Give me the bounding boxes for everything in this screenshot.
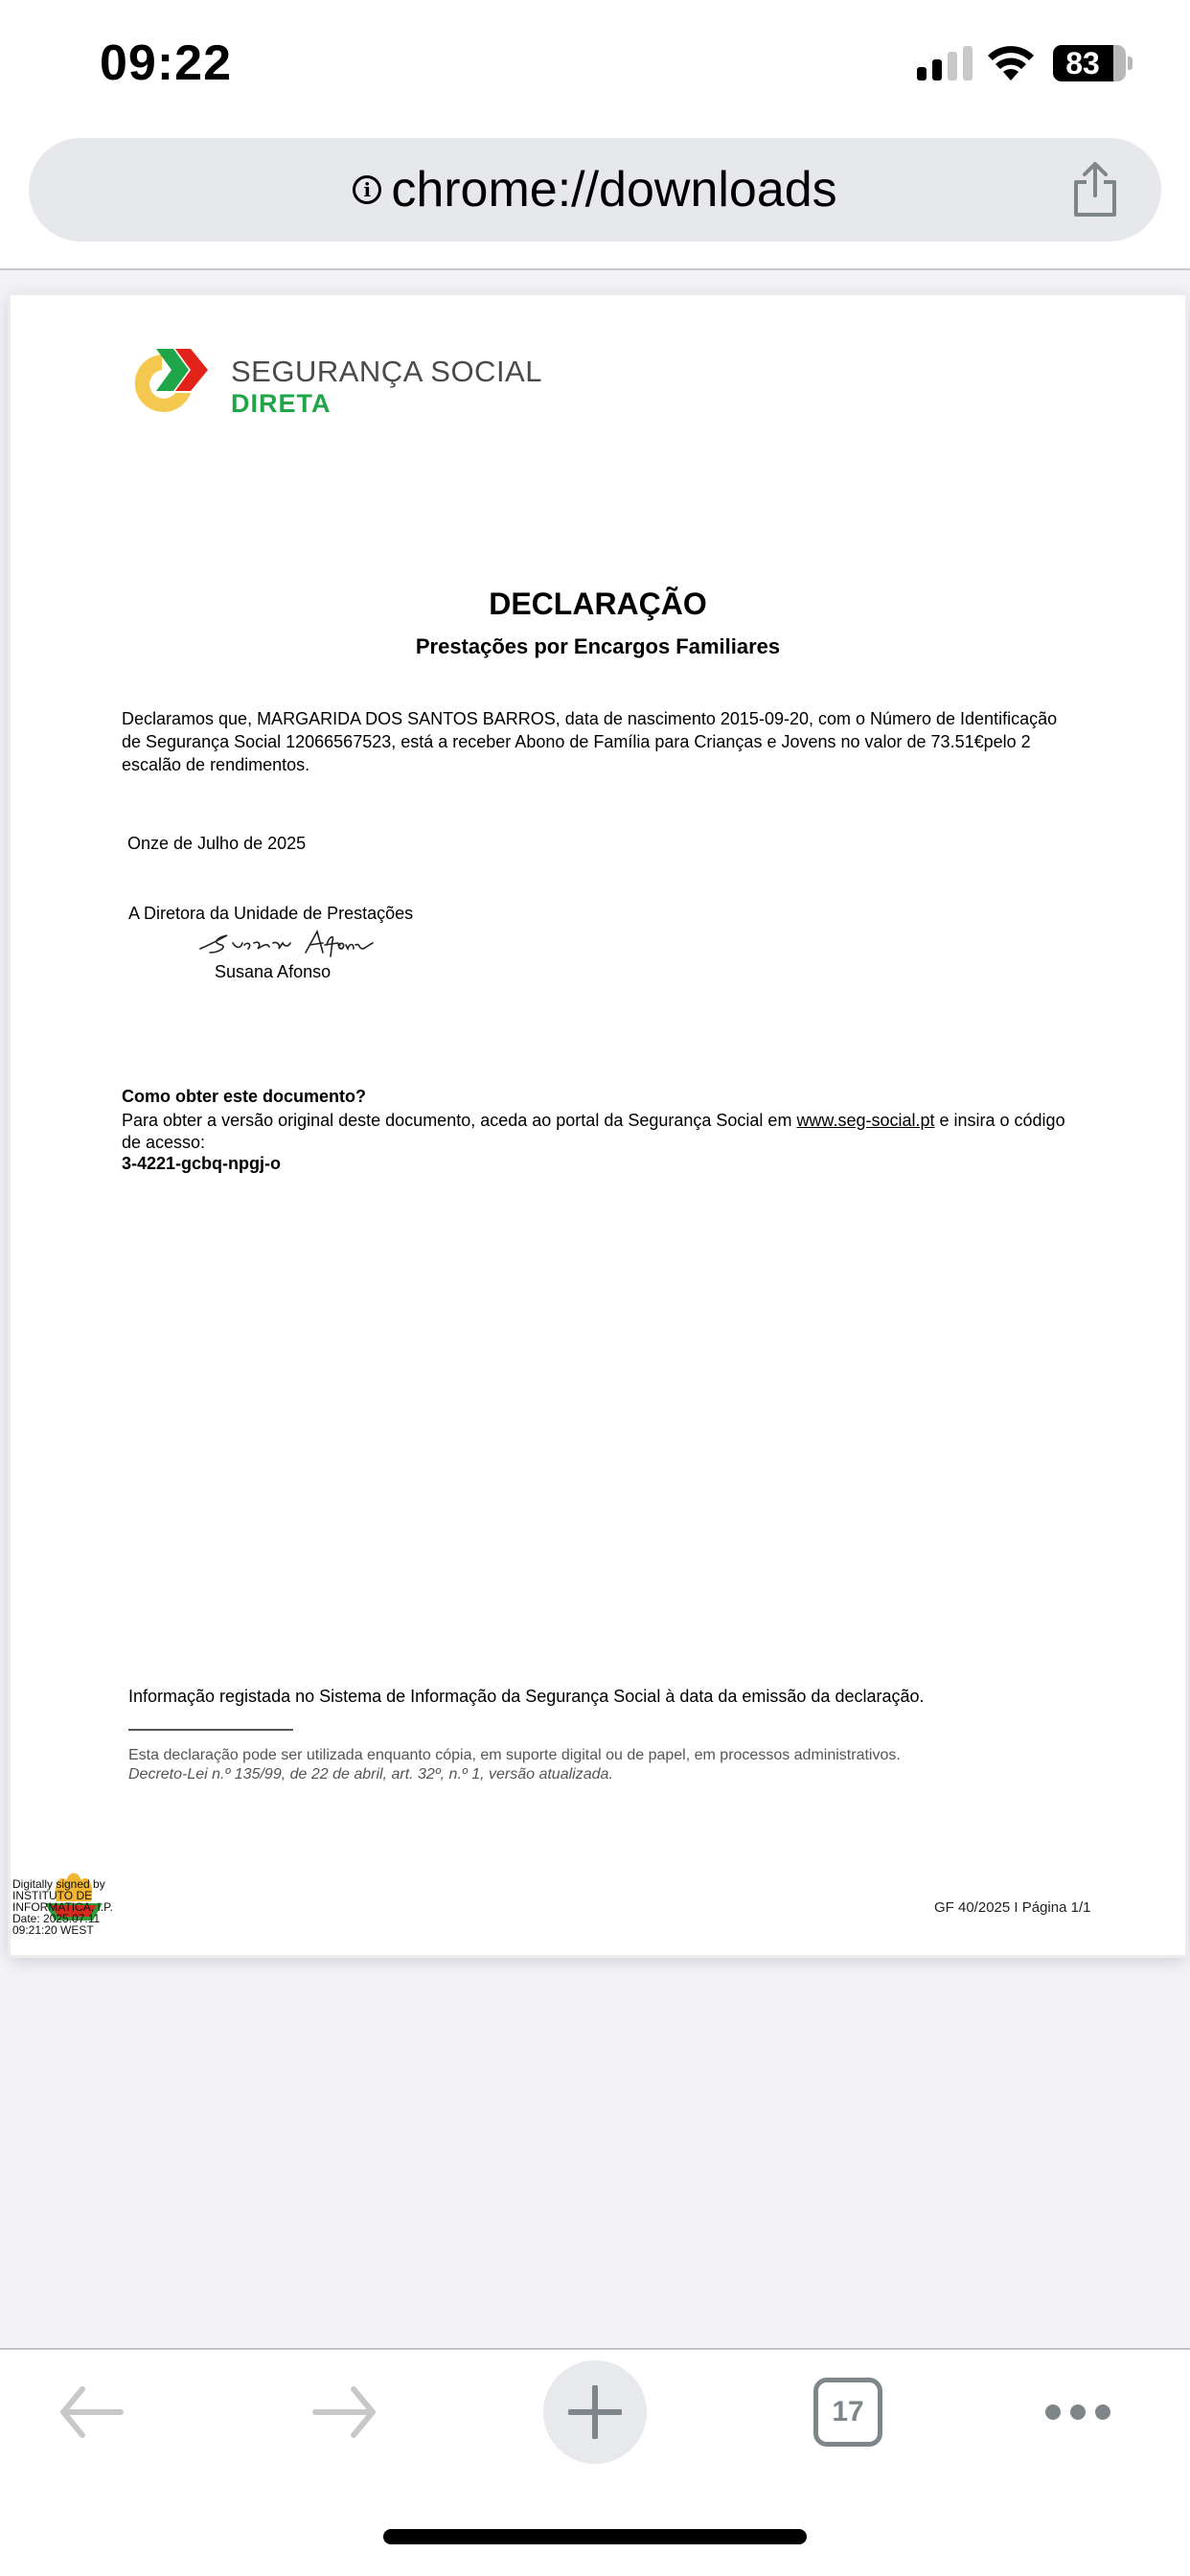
seguranca-social-logo-icon	[120, 341, 212, 422]
plus-icon	[568, 2385, 622, 2439]
footer-divider	[128, 1729, 293, 1731]
access-code: 3-4221-gcbq-npgj-o	[122, 1154, 281, 1174]
page-reference: GF 40/2025 I Página 1/1	[934, 1899, 1090, 1916]
back-button[interactable]	[38, 2350, 144, 2474]
info-icon[interactable]: i	[353, 175, 381, 204]
forward-button[interactable]	[292, 2350, 398, 2474]
digital-signature-stamp[interactable]: Digitally signed by INSTITUTO DE INFORMA…	[12, 1867, 127, 1936]
how-to-obtain-title: Como obter este documento?	[122, 1087, 366, 1107]
seguranca-social-logo: SEGURANÇA SOCIAL DIRETA	[120, 341, 484, 422]
digital-signature-text: Digitally signed by INSTITUTO DE INFORMA…	[12, 1878, 113, 1936]
document-subtitle: Prestações por Encargos Familiares	[11, 634, 1185, 659]
seg-social-link[interactable]: www.seg-social.pt	[796, 1111, 934, 1130]
pdf-page: SEGURANÇA SOCIAL DIRETA DECLARAÇÃO Prest…	[11, 295, 1185, 1955]
arrow-left-icon	[57, 2385, 125, 2439]
how-to-text-before: Para obter a versão original deste docum…	[122, 1111, 796, 1130]
signatory-role: A Diretora da Unidade de Prestações	[128, 904, 413, 924]
handwritten-signature	[195, 924, 377, 962]
browser-header: i chrome://downloads	[0, 134, 1190, 270]
battery-percent: 83	[1053, 45, 1112, 81]
footer-legal-ref: Decreto-Lei n.º 135/99, de 22 de abril, …	[128, 1765, 901, 1784]
signal-icon	[917, 46, 973, 80]
logo-text-sub: DIRETA	[231, 389, 332, 419]
document-title: DECLARAÇÃO	[11, 586, 1185, 622]
footer-info: Informação registada no Sistema de Infor…	[128, 1687, 925, 1707]
status-time: 09:22	[100, 34, 232, 92]
status-bar: 09:22 83	[0, 0, 1190, 134]
battery-icon: 83	[1053, 45, 1130, 81]
share-icon[interactable]	[1071, 161, 1119, 218]
declaration-body: Declaramos que, MARGARIDA DOS SANTOS BAR…	[122, 707, 1080, 776]
new-tab-button[interactable]	[542, 2350, 648, 2474]
footer-note: Esta declaração pode ser utilizada enqua…	[128, 1746, 901, 1784]
wifi-icon	[987, 44, 1035, 82]
more-menu-button[interactable]	[1025, 2350, 1131, 2474]
footer-note-text: Esta declaração pode ser utilizada enqua…	[128, 1746, 901, 1765]
logo-text-main: SEGURANÇA SOCIAL	[231, 355, 542, 389]
how-to-obtain-text: Para obter a versão original deste docum…	[122, 1110, 1080, 1154]
tab-switcher-button[interactable]: 17	[805, 2350, 891, 2474]
tab-count: 17	[813, 2378, 882, 2447]
arrow-right-icon	[311, 2385, 378, 2439]
url-text[interactable]: chrome://downloads	[391, 161, 836, 218]
home-indicator[interactable]	[383, 2529, 807, 2544]
address-bar[interactable]: i chrome://downloads	[29, 138, 1161, 241]
declaration-date: Onze de Julho de 2025	[127, 834, 306, 854]
signatory-name: Susana Afonso	[215, 962, 331, 982]
ellipsis-icon	[1043, 2403, 1112, 2422]
